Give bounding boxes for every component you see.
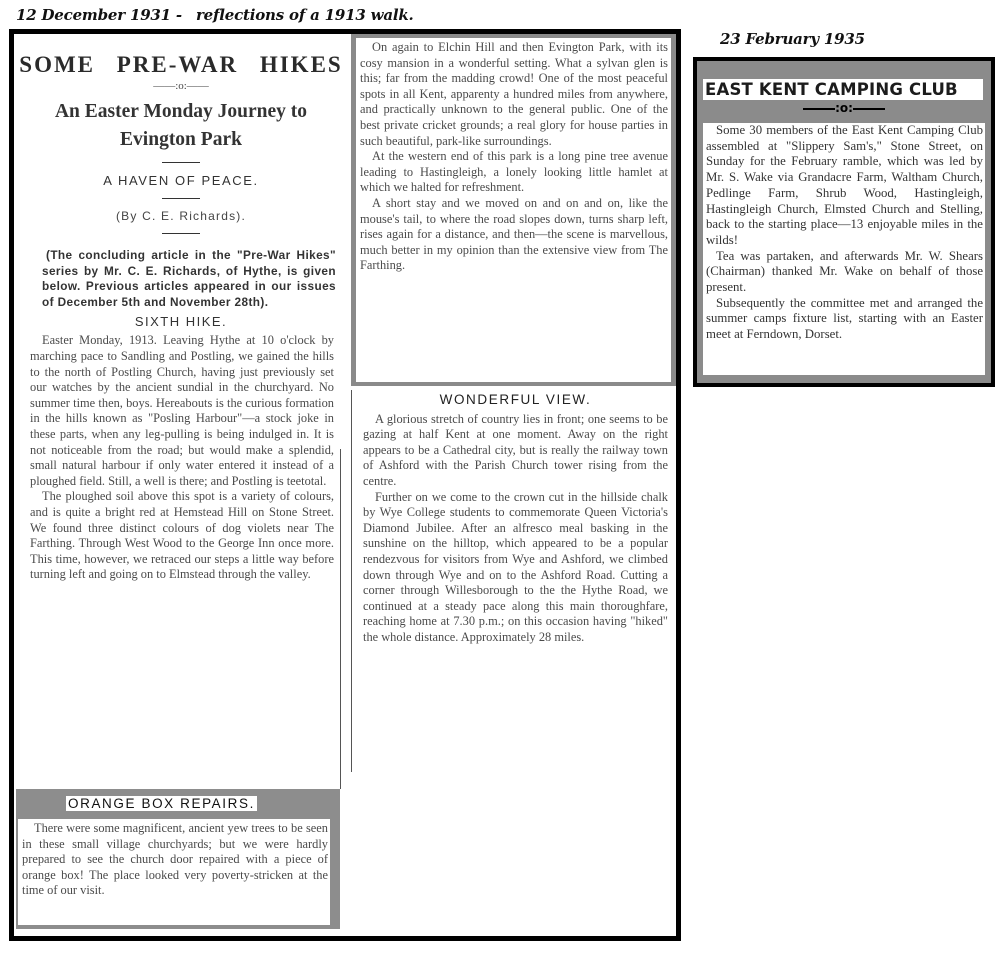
continued-text: On again to Elchin Hill and then Evingto… (356, 38, 671, 382)
ornament-divider: ——:o:—— (18, 80, 344, 92)
clipping-1931: SOME PRE-WAR HIKES ——:o:—— An Easter Mon… (9, 29, 681, 941)
camping-club-body: Some 30 members of the East Kent Camping… (703, 123, 985, 375)
clipping-1935: EAST KENT CAMPING CLUB :o: Some 30 membe… (693, 57, 995, 387)
paragraph: Some 30 members of the East Kent Camping… (706, 123, 983, 249)
headline-camping-club: EAST KENT CAMPING CLUB (703, 79, 983, 100)
paragraph: There were some magnificent, ancient yew… (22, 821, 328, 899)
intro-note: (The concluding article in the "Pre-War … (42, 248, 336, 310)
caption-date-1935: 23 February 1935 (720, 30, 865, 48)
subheadline: An Easter Monday Journey to Evington Par… (28, 98, 334, 154)
headline: SOME PRE-WAR HIKES (18, 52, 344, 78)
section-heading-orange-box: ORANGE BOX REPAIRS. (66, 796, 257, 811)
paragraph: The ploughed soil above this spot is a v… (30, 489, 334, 583)
caption-note-1931: reflections of a 1913 walk. (196, 6, 414, 24)
section-heading-wonderful-view: WONDERFUL VIEW. (363, 392, 668, 408)
divider-rule (162, 198, 200, 199)
paragraph: Further on we come to the crown cut in t… (363, 490, 668, 646)
caption-date-1931: 12 December 1931 - (16, 6, 182, 24)
deck-heading: A HAVEN OF PEACE. (18, 173, 344, 188)
paragraph: A short stay and we moved on and on and … (360, 196, 668, 274)
section-orange-box-repairs: ORANGE BOX REPAIRS. There were some magn… (16, 789, 340, 929)
paragraph: Subsequently the committee met and arran… (706, 296, 983, 343)
divider-rule (162, 233, 200, 234)
caption-1931: 12 December 1931 -reflections of a 1913 … (16, 6, 414, 24)
ornament-divider: :o: (697, 101, 991, 115)
byline: (By C. E. Richards). (18, 209, 344, 223)
paragraph: Tea was partaken, and afterwards Mr. W. … (706, 249, 983, 296)
left-column: SOME PRE-WAR HIKES ——:o:—— An Easter Mon… (18, 38, 344, 583)
column-rule (340, 449, 341, 789)
section-heading-sixth-hike: SIXTH HIKE. (18, 314, 344, 329)
paragraph: A glorious stretch of country lies in fr… (363, 412, 668, 490)
middle-column-bottom: WONDERFUL VIEW. A glorious stretch of co… (351, 390, 676, 646)
paragraph: On again to Elchin Hill and then Evingto… (360, 40, 668, 149)
paragraph: Easter Monday, 1913. Leaving Hythe at 10… (30, 333, 334, 489)
middle-column-top: On again to Elchin Hill and then Evingto… (351, 34, 676, 386)
section-body-orange-box: There were some magnificent, ancient yew… (18, 819, 330, 925)
divider-rule (162, 162, 200, 163)
section-body-sixth-hike: Easter Monday, 1913. Leaving Hythe at 10… (30, 333, 334, 583)
paragraph: At the western end of this park is a lon… (360, 149, 668, 196)
